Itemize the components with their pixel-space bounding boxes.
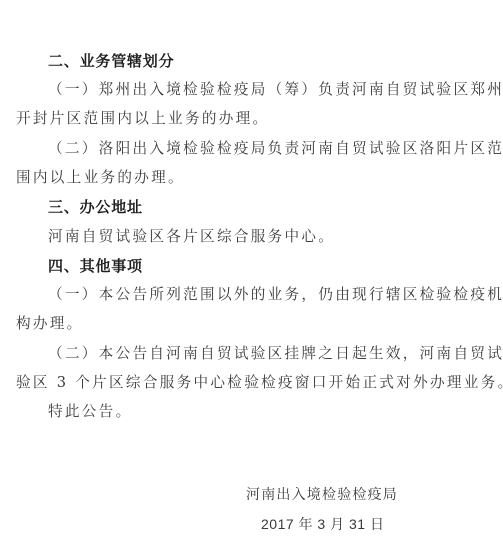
paragraph-line: （二）洛阳出入境检验检疫局负责河南自贸试验区洛阳片区范 <box>48 139 503 159</box>
paragraph-line: 河南自贸试验区各片区综合服务中心。 <box>48 227 335 247</box>
paragraph-line: （一）本公告所列范围以外的业务，仍由现行辖区检验检疫机 <box>48 285 503 305</box>
section-heading-office-address: 三、办公地址 <box>48 197 143 217</box>
issuer-signature: 河南出入境检验检疫局 <box>246 485 398 505</box>
closing-statement: 特此公告。 <box>48 402 132 422</box>
paragraph-line: （一）郑州出入境检验检疫局（筹）负责河南自贸试验区郑州、 <box>48 80 503 100</box>
section-heading-other-matters: 四、其他事项 <box>48 256 143 276</box>
paragraph-line: （二）本公告自河南自贸试验区挂牌之日起生效，河南自贸试 <box>48 344 503 364</box>
issue-date: 2017 年 3 月 31 日 <box>261 514 384 534</box>
section-heading-jurisdiction: 二、业务管辖划分 <box>48 51 174 71</box>
paragraph-line: 构办理。 <box>16 314 84 334</box>
paragraph-line: 围内以上业务的办理。 <box>16 168 185 188</box>
paragraph-line: 验区 3 个片区综合服务中心检验检疫窗口开始正式对外办理业务。 <box>16 373 503 393</box>
paragraph-line: 开封片区范围内以上业务的办理。 <box>16 109 269 129</box>
